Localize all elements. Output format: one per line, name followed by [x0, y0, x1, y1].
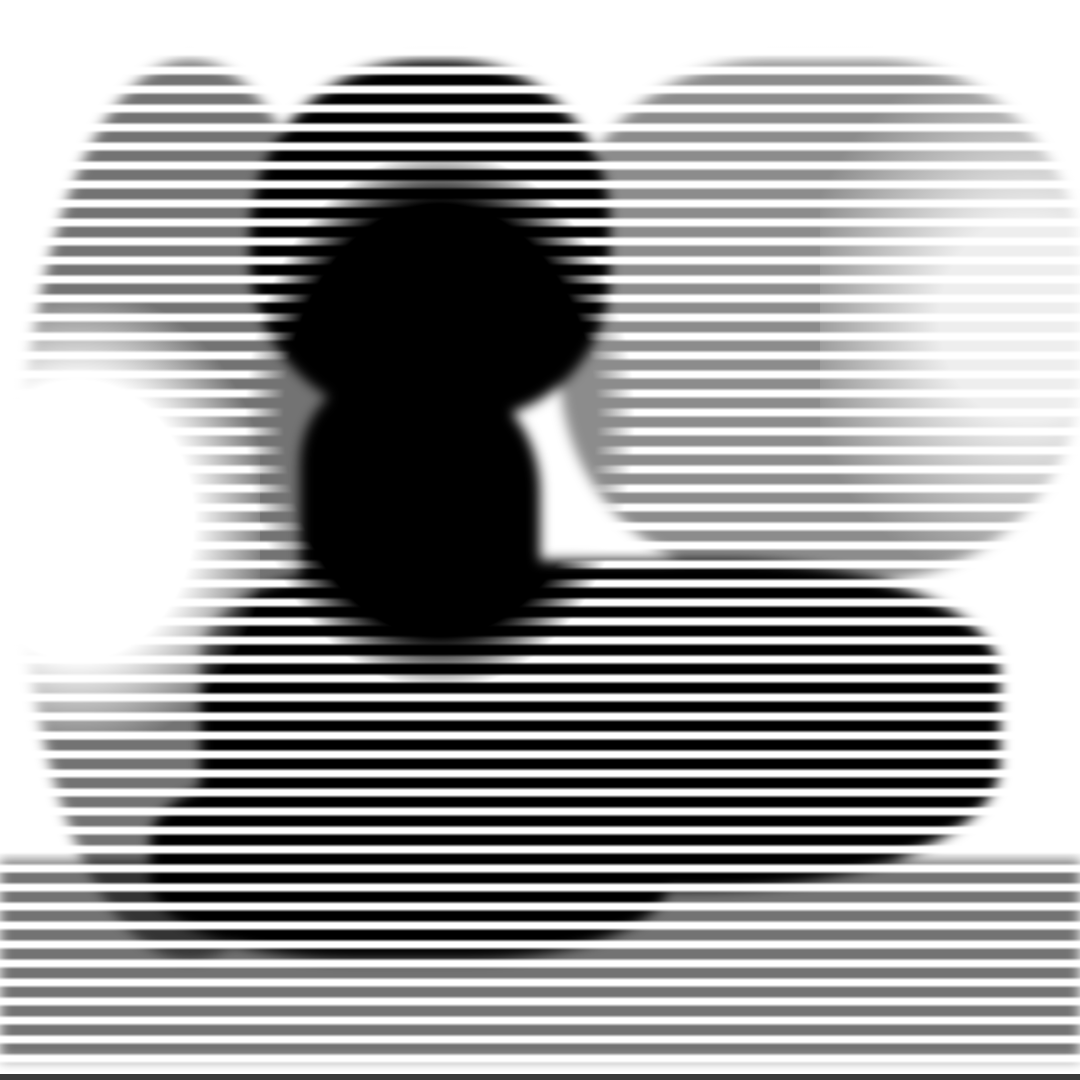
scanline-overlay [0, 0, 1080, 1080]
top-fade [0, 0, 1080, 60]
halftone-portrait [0, 0, 1080, 1080]
bottom-bar [0, 1074, 1080, 1080]
